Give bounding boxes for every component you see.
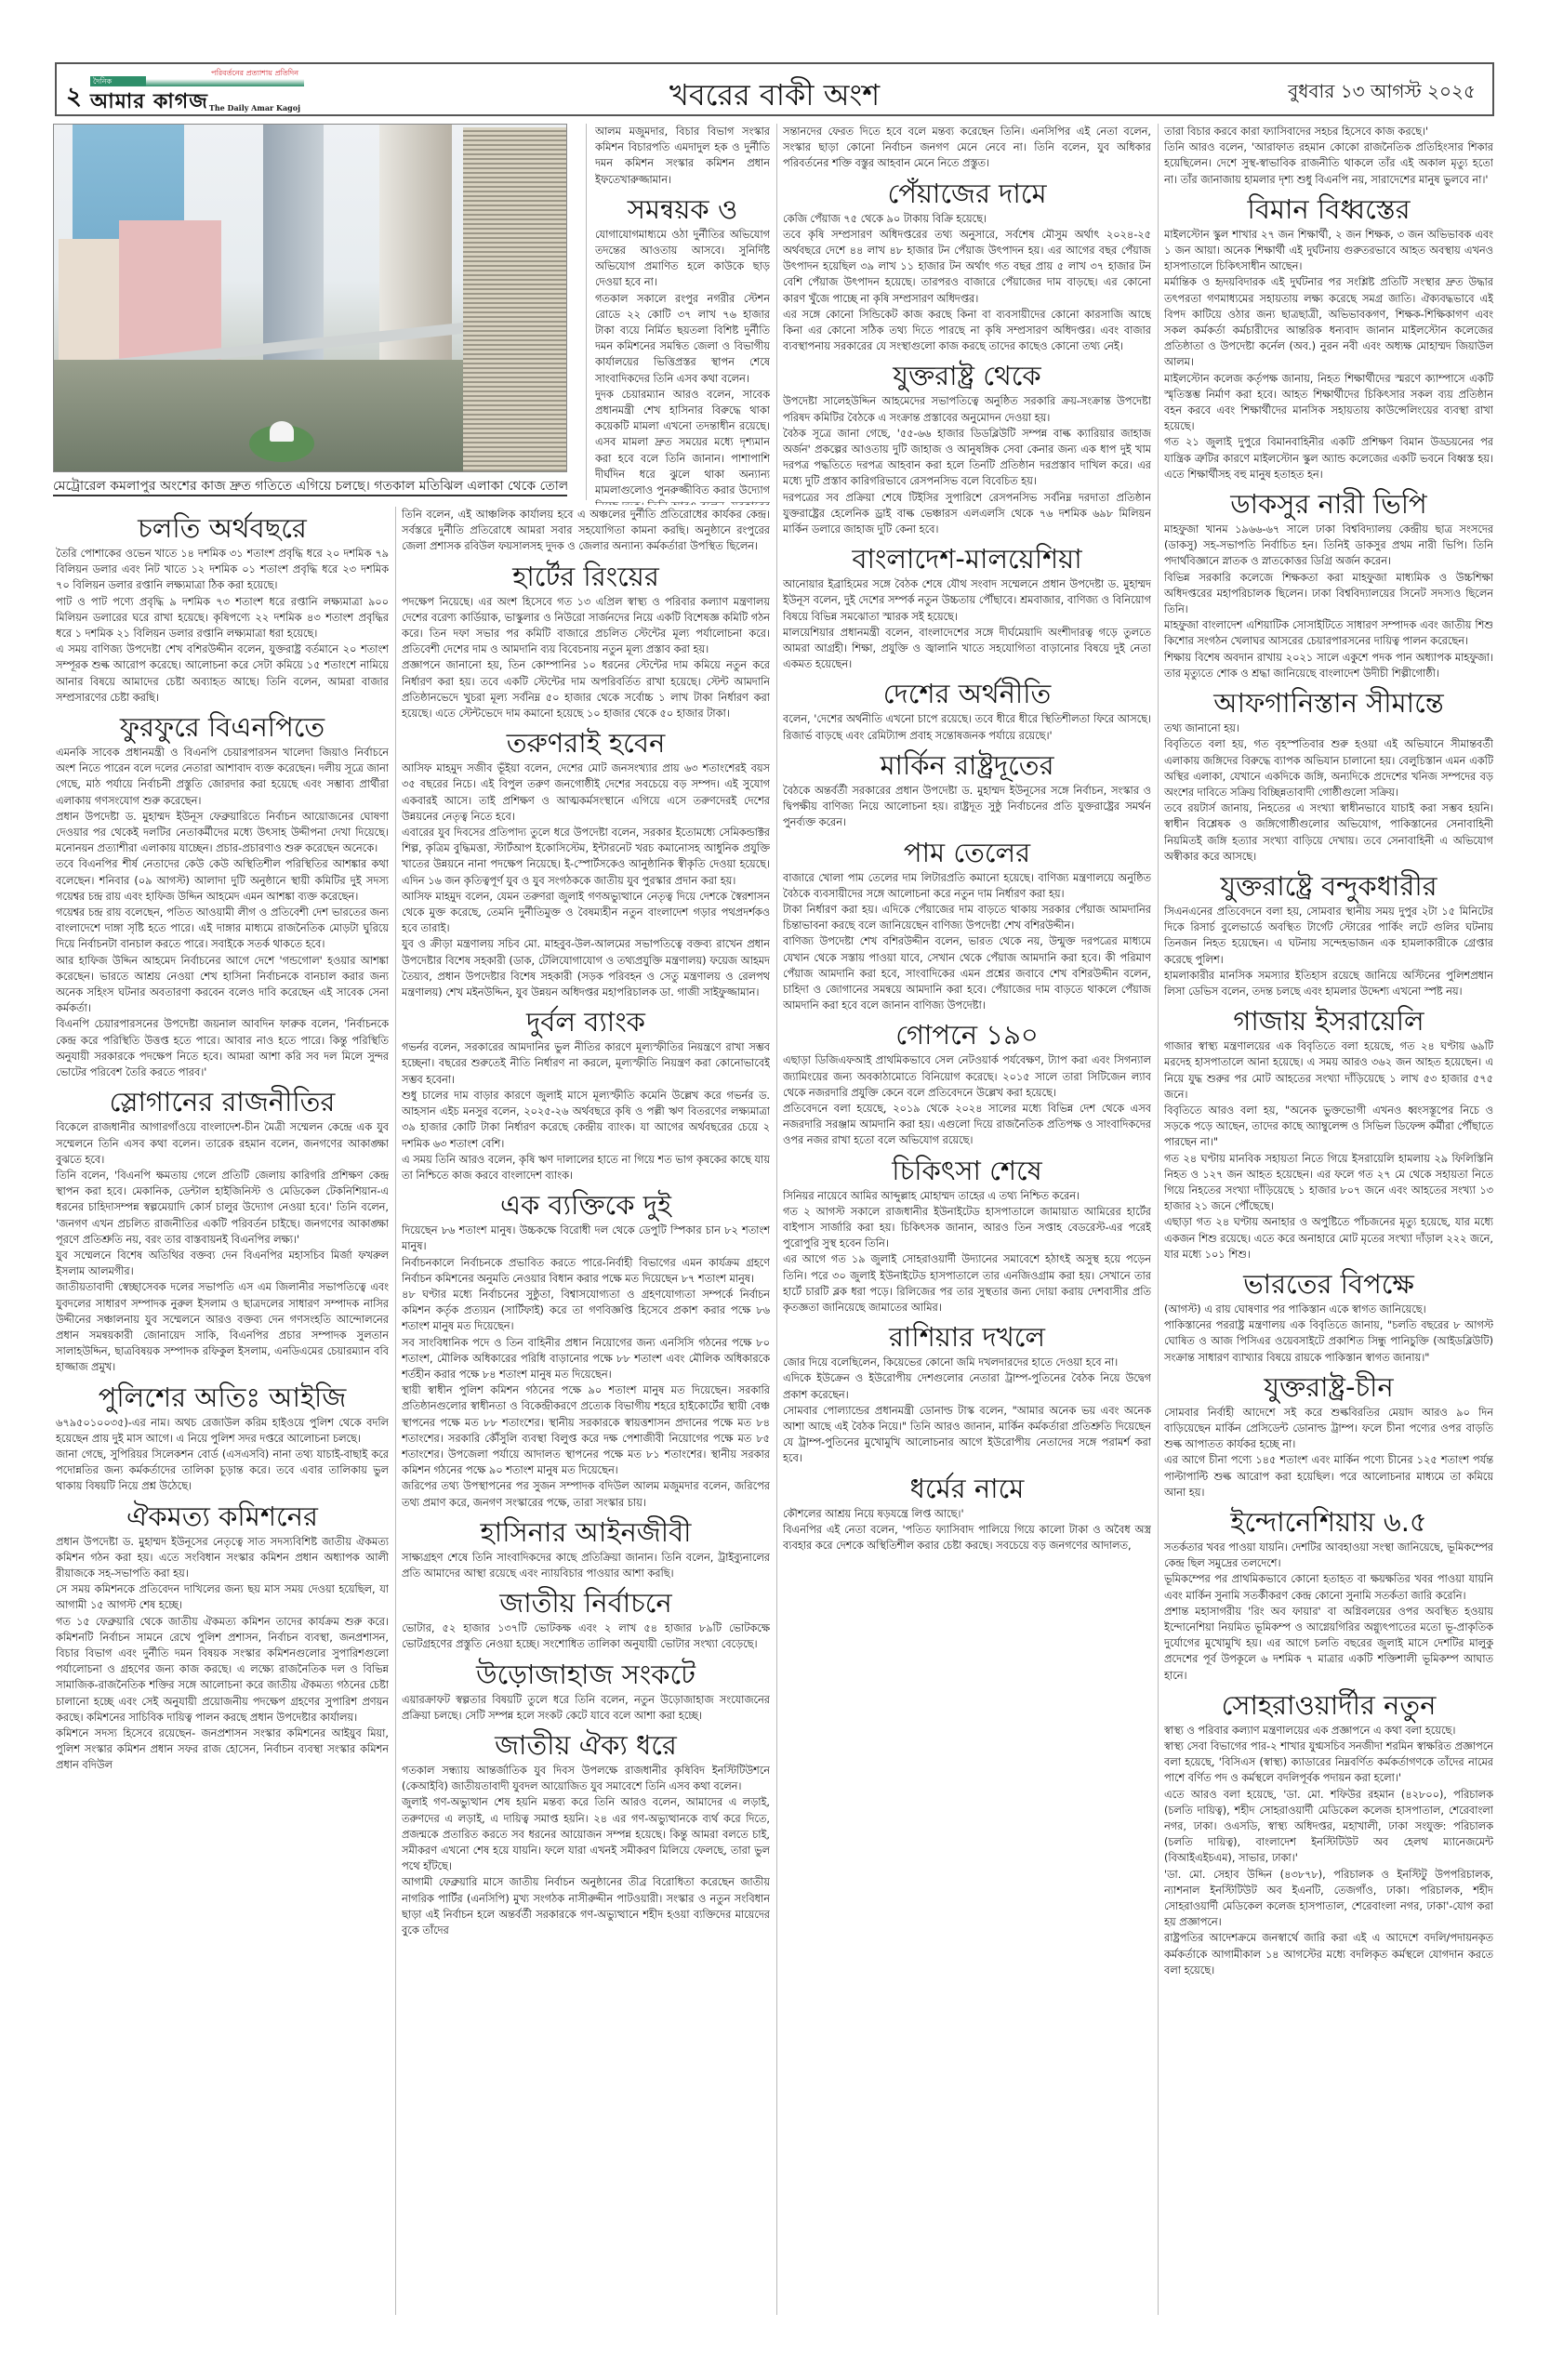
article-paragraph: ভোটার, ৫২ হাজার ১৩৭টি ভোটকক্ষ এবং ২ লাখ …	[402, 1620, 770, 1652]
article-paragraph: বিএনপি চেয়ারপারসনের উপদেষ্টা জয়নাল আবদ…	[56, 1016, 389, 1080]
article-paragraph: জাতীয়তাবাদী স্বেচ্ছাসেবক দলের সভাপতি এস…	[56, 1279, 389, 1375]
article-headline: ইন্দোনেশিয়ায় ৬.৫	[1164, 1506, 1493, 1538]
photo-building	[59, 239, 124, 360]
article-paragraph: স্বাস্থ্য ও পরিবার কল্যাণ মন্ত্রণালয়ের …	[1164, 1723, 1493, 1739]
article-paragraph: গয়েশ্বর চন্দ্র রায় বলেছেন, পতিত আওয়াম…	[56, 905, 389, 953]
article-headline: রাশিয়ার দখলে	[783, 1321, 1151, 1353]
article-headline: গাজায় ইসরায়েলি	[1164, 1005, 1493, 1037]
article-paragraph: সোমবার পোল্যান্ডের প্রধানমন্ত্রী ডোনাল্ড…	[783, 1403, 1151, 1467]
photo-building	[263, 124, 324, 360]
article-headline: পাম তেলের	[783, 837, 1151, 868]
section-title: খবরের বাকী অংশ	[57, 72, 1492, 122]
article-paragraph: এ সময় বাণিজ্য উপদেষ্টা শেখ বশিরউদ্দীন ব…	[56, 641, 389, 706]
article-paragraph: তিনি বলেন, 'বিএনপি ক্ষমতায় গেলে প্রতিটি…	[56, 1168, 389, 1248]
article-headline: উড়োজাহাজ সংকটে	[402, 1659, 770, 1690]
article-paragraph: পাট ও পাট পণ্যে প্রবৃদ্ধি ৯ দশমিক ৭৩ শতা…	[56, 594, 389, 642]
article-paragraph: গভর্নর বলেন, সরকারের আমদানির ভুল নীতির ক…	[402, 1039, 770, 1088]
article-headline: ধর্মের নামে	[783, 1473, 1151, 1504]
article-headline: জাতীয় নির্বাচনে	[402, 1587, 770, 1619]
article-paragraph: জুলাই গণ-অভ্যুত্থান শেষ হয়নি মন্তব্য কর…	[402, 1794, 770, 1874]
article-headline: দুর্বল ব্যাংক	[402, 1006, 770, 1038]
article-headline: ডাকসুর নারী ভিপি	[1164, 488, 1493, 520]
article-paragraph: সব সাংবিধানিক পদে ও তিন বাহিনীর প্রধান ন…	[402, 1335, 770, 1383]
article-paragraph: স্বাস্থ্য সেবা বিভাগের পার-২ শাখার যুগ্ম…	[1164, 1739, 1493, 1787]
photo-building	[463, 127, 567, 471]
article-paragraph: এর আগে চীনা পণ্যে ১৪৫ শতাংশ এবং মার্কিন …	[1164, 1452, 1493, 1501]
article-paragraph: আসিফ মাহমুদ সজীব ভূঁইয়া বলেন, দেশের মোট…	[402, 760, 770, 825]
article-headline: এক ব্যক্তিকে দুই	[402, 1189, 770, 1221]
article-paragraph: বিবৃতিতে বলা হয়, গত বৃহস্পতিবার শুরু হও…	[1164, 736, 1493, 800]
article-paragraph: প্রধান উপদেষ্টা ড. মুহাম্মদ ইউনূস ফেব্রু…	[56, 809, 389, 857]
article-paragraph: ৬৭৯৫০১০০৩৫)-এর নাম। অথচ রেজাউল করিম হাইও…	[56, 1415, 389, 1447]
article-paragraph: ভূমিকম্পের পর প্রাথমিকভাবে কোনো হতাহত বা…	[1164, 1571, 1493, 1603]
article-paragraph: এবারের যুব দিবসের প্রতিপাদ্য তুলে ধরে উপ…	[402, 825, 770, 889]
article-paragraph: সিনিয়র নায়েবে আমির আব্দুল্লাহ মোহাম্মদ…	[783, 1188, 1151, 1204]
article-paragraph: গতকাল সকালে রংপুর নগরীর স্টেশন রোডে ২২ ক…	[595, 291, 770, 387]
article-paragraph: সোমবার নির্বাহী আদেশে সই করে শুল্কবিরতির…	[1164, 1405, 1493, 1453]
article-paragraph: মাহফুজা বাংলাদেশ এশিয়াটিক সোসাইটিতে সাধ…	[1164, 617, 1493, 649]
article-paragraph: গত ২ আগস্ট সকালে রাজধানীর ইউনাইটেড হাসপা…	[783, 1204, 1151, 1252]
article-paragraph: গত ২১ জুলাই দুপুরে বিমানবাহিনীর একটি প্র…	[1164, 434, 1493, 483]
article-paragraph: কমিশনে সদস্য হিসেবে রয়েছেন- জনপ্রশাসন স…	[56, 1725, 389, 1774]
article-paragraph: বিকেলে রাজধানীর আগারগাঁওয়ে বাংলাদেশ-চীন…	[56, 1119, 389, 1168]
article-headline: ভারতের বিপক্ষে	[1164, 1268, 1493, 1300]
column-divider	[395, 507, 396, 2315]
article-paragraph: মাইলস্টোন কলেজ কর্তৃপক্ষ জানায়, নিহত শি…	[1164, 371, 1493, 435]
article-headline: মার্কিন রাষ্ট্রদূতের	[783, 749, 1151, 781]
article-paragraph: যুব ও ক্রীড়া মন্ত্রণালয় সচিব মো. মাহবু…	[402, 936, 770, 1000]
article-paragraph: বৈঠকে অন্তর্বর্তী সরকারের প্রধান উপদেষ্ট…	[783, 783, 1151, 831]
article-headline: চিকিৎসা শেষে	[783, 1155, 1151, 1186]
column-divider	[776, 124, 777, 2315]
column-2-top: আলম মজুমদার, বিচার বিভাগ সংস্কার কমিশন ব…	[595, 124, 770, 505]
article-headline: যুক্তরাষ্ট্র-চীন	[1164, 1371, 1493, 1403]
article-paragraph: প্রতিবেদনে বলা হয়েছে, ২০১৯ থেকে ২০২৪ সা…	[783, 1101, 1151, 1149]
article-paragraph: মাইলস্টোন স্কুল শাখার ২৭ জন শিক্ষার্থী, …	[1164, 227, 1493, 275]
article-paragraph: বলেন, 'দেশের অর্থনীতি এখনো চাপে রয়েছে। …	[783, 711, 1151, 743]
article-headline: ফুরফুরে বিএনপিতে	[56, 711, 389, 743]
article-paragraph: জোর দিয়ে বলেছিলেন, কিয়েভের কোনো জমি দখ…	[783, 1355, 1151, 1370]
article-headline: আফগানিস্তান সীমান্তে	[1164, 687, 1493, 719]
article-paragraph: এছাড়া ডিজিএফআই প্রাথমিকভাবে সেল নেটওয়া…	[783, 1052, 1151, 1101]
article-headline: ঐকমত্য কমিশনের	[56, 1501, 389, 1532]
article-paragraph: উপদেষ্টা সালেহউদ্দিন আহমেদের সভাপতিত্বে …	[783, 393, 1151, 425]
column-4: তারা বিচার করবে কারা ফ্যাসিবাদের সহচর হি…	[1164, 124, 1493, 2315]
column-divider	[586, 124, 587, 500]
article-paragraph: বিবৃতিতে আরও বলা হয়, "অনেক ভুক্তভোগী এখ…	[1164, 1103, 1493, 1151]
article-paragraph: এদিকে ইউক্রেন ও ইউরোপীয় দেশগুলোর নেতারা…	[783, 1370, 1151, 1402]
article-paragraph: এর সঙ্গে কোনো সিন্ডিকেট কাজ করছে কিনা বা…	[783, 307, 1151, 355]
article-paragraph: দরপত্রের সব প্রক্রিয়া শেষে টিইসির সুপার…	[783, 490, 1151, 538]
article-paragraph: নির্বাচনকালে নির্বাচনকে প্রভাবিত করতে পা…	[402, 1255, 770, 1287]
article-headline: স্লোগানের রাজনীতির	[56, 1086, 389, 1117]
photo-shapla-fountain	[270, 421, 294, 442]
article-paragraph: তিনি আরও বলেন, 'আরাফাত রহমান কোকো রাজনৈত…	[1164, 139, 1493, 188]
article-paragraph: মর্মান্তিক ও হৃদয়বিদারক এই দুর্ঘটনার পর…	[1164, 274, 1493, 370]
article-paragraph: তৈরি পোশাকের ওভেন খাতে ১৪ দশমিক ৩১ শতাংশ…	[56, 546, 389, 594]
article-paragraph: বৈঠক সূত্রে জানা গেছে, '৫৫-৬৬ হাজার ডিডব…	[783, 426, 1151, 490]
article-headline: হার্টের রিংয়ের	[402, 561, 770, 592]
column-2: তিনি বলেন, এই আঞ্চলিক কার্যালয় হবে এ অঞ…	[402, 507, 770, 2315]
caption-divider	[53, 495, 567, 496]
article-paragraph: তারা বিচার করবে কারা ফ্যাসিবাদের সহচর হি…	[1164, 124, 1493, 139]
article-paragraph: এয়ারক্রাফট স্বল্পতার বিষয়টি তুলে ধরে ত…	[402, 1692, 770, 1724]
article-paragraph: টাকা নির্ধারণ করা হয়। এদিকে পেঁয়াজের দ…	[783, 902, 1151, 933]
article-paragraph: তবে বিএনপির শীর্ষ নেতাদের কেউ কেউ অস্থিত…	[56, 856, 389, 905]
article-paragraph: শুধু চালের দাম বাড়ার কারণে জুলাই মাসে ম…	[402, 1088, 770, 1152]
article-paragraph: প্রজ্ঞাপনে জানানো হয়, তিন কোম্পানির ১০ …	[402, 657, 770, 721]
article-headline: পেঁয়াজের দামে	[783, 178, 1151, 209]
article-headline: জাতীয় ঐক্য ধরে	[402, 1729, 770, 1761]
article-headline: হাসিনার আইনজীবী	[402, 1516, 770, 1548]
article-paragraph: তিনি বলেন, এই আঞ্চলিক কার্যালয় হবে এ অঞ…	[402, 507, 770, 555]
article-paragraph: সিএনএনের প্রতিবেদনে বলা হয়, সোমবার স্থা…	[1164, 904, 1493, 968]
article-headline: পুলিশের অতিঃ আইজি	[56, 1382, 389, 1413]
article-paragraph: দুদক চেয়ারম্যান আরও বলেন, সাবেক প্রধানম…	[595, 387, 770, 505]
article-headline: বিমান বিধ্বস্তের	[1164, 193, 1493, 225]
article-paragraph: কেজি পেঁয়াজ ৭৫ থেকে ৯০ টাকায় বিক্রি হয…	[783, 211, 1151, 227]
photo-building	[119, 220, 221, 360]
article-paragraph: কৌশলের আশ্রয় নিয়ে ষড়যন্ত্রে লিপ্ত আছে…	[783, 1506, 1151, 1522]
article-paragraph: হামলাকারীর মানসিক সমস্যার ইতিহাস রয়েছে …	[1164, 968, 1493, 999]
article-paragraph: জানা গেছে, সুপিরিয়র সিলেকশন বোর্ড (এসএস…	[56, 1447, 389, 1495]
column-1: চলতি অর্থবছরেতৈরি পোশাকের ওভেন খাতে ১৪ দ…	[56, 507, 389, 2315]
article-paragraph: সন্তানদের ফেরত দিতে হবে বলে মন্তব্য করেছ…	[783, 124, 1151, 172]
article-paragraph: সে সময় কমিশনকে প্রতিবেদন দাখিলের জন্য ছ…	[56, 1581, 389, 1613]
article-headline: বাংলাদেশ-মালয়েশিয়া	[783, 543, 1151, 575]
article-paragraph: রাষ্ট্রপতির আদেশক্রমে জনস্বার্থে জারি কর…	[1164, 1930, 1493, 1978]
article-paragraph: সাক্ষ্যগ্রহণ শেষে তিনি সাংবাদিকদের কাছে …	[402, 1550, 770, 1581]
article-paragraph: গত ২৪ ঘণ্টায় মানবিক সহায়তা নিতে গিয়ে …	[1164, 1151, 1493, 1215]
article-headline: সোহরাওয়ার্দীর নতুন	[1164, 1689, 1493, 1721]
article-headline: চলতি অর্থবছরে	[56, 512, 389, 544]
column-divider	[1158, 124, 1159, 2315]
article-paragraph: জরিপের তথ্য উপস্থাপনের পর সুজন সম্পাদক ব…	[402, 1478, 770, 1510]
article-paragraph: তথ্য জানানো হয়।	[1164, 721, 1493, 736]
article-paragraph: শিক্ষায় বিশেষ অবদান রাখায় ২০২১ সালে এক…	[1164, 650, 1493, 681]
article-paragraph: বিএনপির এই নেতা বলেন, 'পতিত ফ্যাসিবাদ পা…	[783, 1522, 1151, 1554]
article-paragraph: যুব সম্মেলনে বিশেষ অতিথির বক্তব্য দেন বি…	[56, 1248, 389, 1279]
article-paragraph: (আগস্ট) এ রায় ঘোষণার পর পাকিস্তান একে স…	[1164, 1302, 1493, 1317]
article-paragraph: গাজার স্বাস্থ্য মন্ত্রণালয়ের এক বিবৃতিত…	[1164, 1038, 1493, 1103]
article-paragraph: পদক্ষেপ নিয়েছে। এর অংশ হিসেবে গত ১৩ এপ্…	[402, 594, 770, 658]
article-paragraph: গতকাল সন্ধ্যায় আন্তর্জাতিক যুব দিবস উপল…	[402, 1763, 770, 1794]
article-paragraph: সতর্কতার খবর পাওয়া যায়নি। দেশটির আবহাও…	[1164, 1540, 1493, 1571]
article-paragraph: আসিফ মাহমুদ বলেন, যেমন তরুণরা জুলাই গণঅভ…	[402, 889, 770, 937]
article-paragraph: এ সময় তিনি আরও বলেন, কৃষি ঋণ দালালের হা…	[402, 1152, 770, 1183]
article-paragraph: আর হাফিজ উদ্দিন আহমেদ নির্বাচনের আগে দেশ…	[56, 953, 389, 1017]
article-paragraph: মাহফুজা খানম ১৯৬৬-৬৭ সালে ঢাকা বিশ্ববিদ্…	[1164, 522, 1493, 570]
issue-date: বুধবার ১৩ আগস্ট ২০২৫	[1288, 78, 1476, 109]
article-paragraph: প্রধান উপদেষ্টা ড. মুহাম্মদ ইউনূসের নেতৃ…	[56, 1534, 389, 1582]
article-paragraph: আগামী ফেব্রুয়ারি মাসে জাতীয় নির্বাচন অ…	[402, 1874, 770, 1938]
article-paragraph: তবে কৃষি সম্প্রসারণ অধিদপ্তরের তথ্য অনুস…	[783, 227, 1151, 307]
article-paragraph: গত ১৫ ফেব্রুয়ারি থেকে জাতীয় ঐকমত্য কমি…	[56, 1614, 389, 1725]
article-paragraph: ৪৮ ঘণ্টার মধ্যে নির্বাচনের সুষ্ঠুতা, বিশ…	[402, 1287, 770, 1335]
article-paragraph: এর আগে গত ১৯ জুলাই সোহরাওয়ার্দী উদ্যানে…	[783, 1251, 1151, 1316]
article-paragraph: যোগাযোগমাধ্যমে ওঠা দুর্নীতির অভিযোগ তদন্…	[595, 227, 770, 291]
article-paragraph: পাকিস্তানের পররাষ্ট্র মন্ত্রণালয় এক বিব…	[1164, 1317, 1493, 1366]
article-paragraph: এতে আরও বলা হয়েছে, 'ডা. মো. শফিউর রহমান…	[1164, 1787, 1493, 1867]
masthead: ২ পরিবর্তনের প্রত্যাশায় প্রতিদিন দৈনিক …	[55, 62, 1494, 116]
article-paragraph: বিভিন্ন সরকারি কলেজে শিক্ষকতা করা মাহফুজ…	[1164, 570, 1493, 618]
news-photo-motijheel-metro	[53, 124, 567, 472]
article-paragraph: মালয়েশিয়ার প্রধানমন্ত্রী বলেন, বাংলাদে…	[783, 625, 1151, 673]
article-paragraph: তবে রয়টার্স জানায়, নিহতের এ সংখ্যা স্ব…	[1164, 800, 1493, 865]
column-3: সন্তানদের ফেরত দিতে হবে বলে মন্তব্য করেছ…	[783, 124, 1151, 2315]
article-paragraph: এছাড়া গত ২৪ ঘণ্টায় অনাহার ও অপুষ্টিতে …	[1164, 1214, 1493, 1263]
article-paragraph: প্রশান্ত মহাসাগরীয় 'রিং অব ফায়ার' বা অ…	[1164, 1604, 1493, 1684]
article-headline: সমন্বয়ক ও	[595, 193, 770, 225]
article-paragraph: স্থায়ী স্বাধীন পুলিশ কমিশন গঠনের পক্ষে …	[402, 1382, 770, 1478]
article-paragraph: দিয়েছেন ৮৬ শতাংশ মানুষ। উচ্চকক্ষে বিরোধ…	[402, 1223, 770, 1254]
article-paragraph: আলম মজুমদার, বিচার বিভাগ সংস্কার কমিশন ব…	[595, 124, 770, 188]
article-paragraph: বাজারে খোলা পাম তেলের দাম লিটারপ্রতি কমা…	[783, 870, 1151, 902]
article-headline: যুক্তরাষ্ট্রে বন্দুকধারীর	[1164, 870, 1493, 902]
article-paragraph: এমনকি সাবেক প্রধানমন্ত্রী ও বিএনপি চেয়া…	[56, 745, 389, 809]
article-headline: গোপনে ১৯০	[783, 1019, 1151, 1051]
article-headline: যুক্তরাষ্ট্র থেকে	[783, 360, 1151, 391]
article-headline: তরুণরাই হবেন	[402, 727, 770, 759]
article-paragraph: বাণিজ্য উপদেষ্টা শেখ বশিরউদ্দীন বলেন, ভা…	[783, 933, 1151, 1013]
article-paragraph: আনোয়ার ইব্রাহিমের সঙ্গে বৈঠক শেষে যৌথ স…	[783, 576, 1151, 625]
article-paragraph: 'ডা. মো. সেহাব উদ্দিন (৪৩৮৭৮), পরিচালক ও…	[1164, 1867, 1493, 1931]
article-headline: দেশের অর্থনীতি	[783, 678, 1151, 709]
